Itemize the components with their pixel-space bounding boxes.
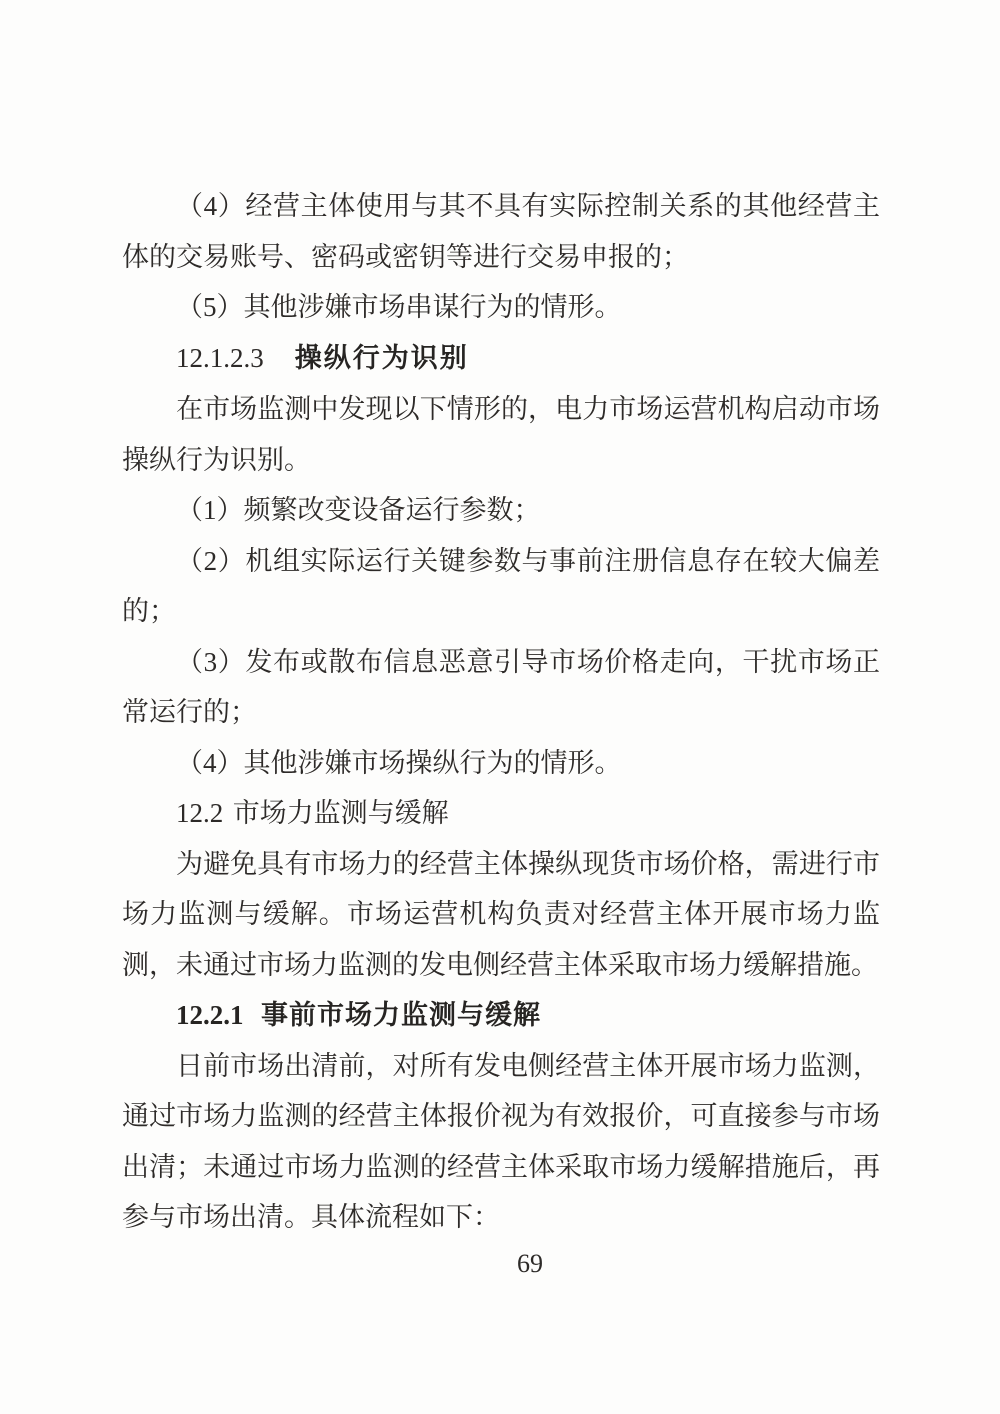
document-body: （4）经营主体使用与其不具有实际控制关系的其他经营主体的交易账号、密码或密钥等进… xyxy=(122,181,880,1243)
paragraph: 为避免具有市场力的经营主体操纵现货市场价格，需进行市场力监测与缓解。市场运营机构… xyxy=(122,839,880,991)
page-number: 69 xyxy=(517,1249,543,1278)
section-title: 操纵行为识别 xyxy=(295,343,469,374)
section-title: 事前市场力监测与缓解 xyxy=(261,1000,541,1030)
paragraph: （4）经营主体使用与其不具有实际控制关系的其他经营主体的交易账号、密码或密钥等进… xyxy=(122,181,880,282)
section-title: 市场力监测与缓解 xyxy=(233,798,449,828)
document-page: （4）经营主体使用与其不具有实际控制关系的其他经营主体的交易账号、密码或密钥等进… xyxy=(0,0,1000,1414)
paragraph: 日前市场出清前，对所有发电侧经营主体开展市场力监测，通过市场力监测的经营主体报价… xyxy=(122,1041,880,1243)
section-heading: 12.2市场力监测与缓解 xyxy=(122,788,880,839)
section-heading: 12.1.2.3操纵行为识别 xyxy=(122,333,880,385)
paragraph: （3）发布或散布信息恶意引导市场价格走向，干扰市场正常运行的； xyxy=(122,637,880,738)
section-number: 12.2 xyxy=(176,798,223,828)
paragraph: （1）频繁改变设备运行参数； xyxy=(122,485,880,536)
section-number: 12.2.1 xyxy=(176,1000,244,1030)
section-heading: 12.2.1事前市场力监测与缓解 xyxy=(122,990,880,1041)
paragraph: （5）其他涉嫌市场串谋行为的情形。 xyxy=(122,282,880,333)
paragraph: （4）其他涉嫌市场操纵行为的情形。 xyxy=(122,738,880,789)
section-number: 12.1.2.3 xyxy=(176,343,264,373)
paragraph: 在市场监测中发现以下情形的，电力市场运营机构启动市场操纵行为识别。 xyxy=(122,384,880,485)
paragraph: （2）机组实际运行关键参数与事前注册信息存在较大偏差的； xyxy=(122,536,880,637)
page-footer: 69 xyxy=(30,1249,1000,1279)
